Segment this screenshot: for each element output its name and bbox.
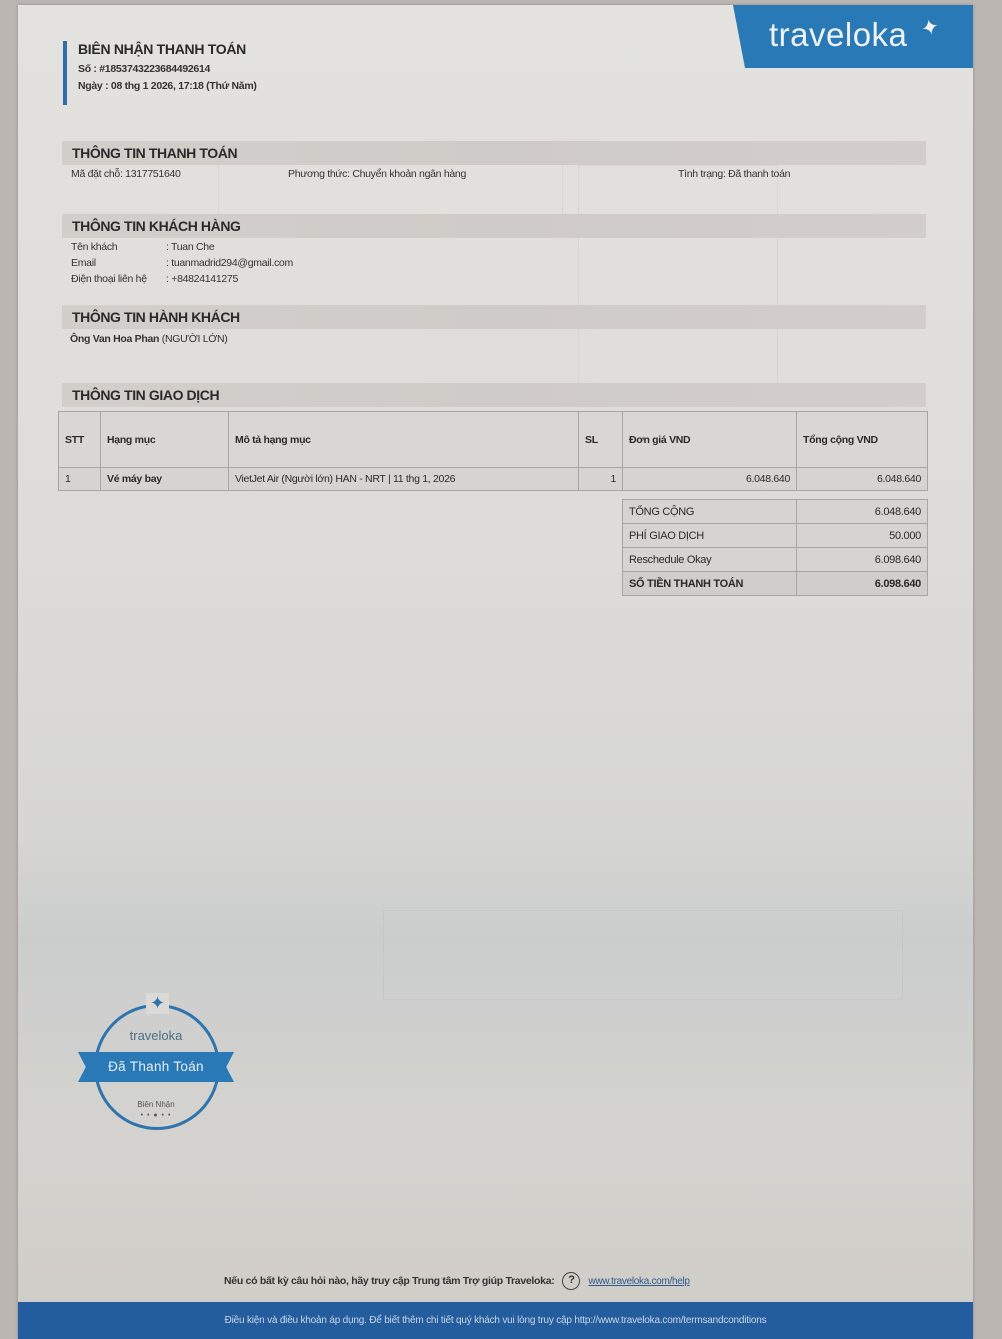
- cell-category: Vé máy bay: [101, 468, 229, 491]
- bird-icon: ✦: [146, 993, 169, 1014]
- total-row: TỔNG CỘNG 6.048.640: [623, 500, 928, 524]
- stamp-label: Đã Thanh Toán: [78, 1059, 234, 1074]
- col-qty: SL: [579, 412, 623, 468]
- table-row: 1 Vé máy bay VietJet Air (Người lớn) HAN…: [59, 468, 928, 491]
- payment-status: Tình trạng: Đã thanh toán: [678, 168, 790, 180]
- stamp-brand: traveloka: [76, 1028, 236, 1043]
- section-passenger-info: THÔNG TIN HÀNH KHÁCH: [62, 305, 926, 329]
- customer-email-label: Email: [71, 257, 96, 269]
- cell-description: VietJet Air (Người lớn) HAN - NRT | 11 t…: [229, 468, 579, 491]
- show-through: [578, 165, 778, 385]
- traveloka-logo: traveloka ✦: [733, 5, 973, 68]
- passenger: Ông Van Hoa Phan (NGƯỜI LỚN): [70, 333, 227, 345]
- cell-qty: 1: [579, 468, 623, 491]
- customer-phone-value: : +84824141275: [166, 273, 238, 285]
- stamp-stars: • • ● • •: [76, 1112, 236, 1119]
- footer-bar: Điều kiện và điều khoản áp dụng. Để biết…: [18, 1302, 973, 1339]
- amount-paid-value: 6.098.640: [797, 572, 928, 596]
- cell-stt: 1: [59, 468, 101, 491]
- stamp-ribbon: Đã Thanh Toán: [78, 1052, 234, 1082]
- receipt-page: BIÊN NHẬN THANH TOÁN Số : #1853743223684…: [18, 5, 973, 1339]
- col-category: Hạng mục: [101, 412, 229, 468]
- section-title: THÔNG TIN HÀNH KHÁCH: [72, 309, 240, 325]
- transaction-table: STT Hạng mục Mô tả hạng mục SL Đơn giá V…: [58, 411, 928, 491]
- section-title: THÔNG TIN GIAO DỊCH: [72, 387, 219, 403]
- terms-text[interactable]: Điều kiện và điều khoản áp dụng. Để biết…: [225, 1315, 767, 1326]
- logo-text: traveloka: [769, 16, 907, 54]
- reschedule-label: Reschedule Okay: [623, 548, 797, 572]
- fee-row: PHÍ GIAO DỊCH 50.000: [623, 524, 928, 548]
- totals-table: TỔNG CỘNG 6.048.640 PHÍ GIAO DỊCH 50.000…: [622, 499, 928, 596]
- help-line: Nếu có bất kỳ câu hỏi nào, hãy truy cập …: [224, 1272, 690, 1290]
- customer-name-value: : Tuan Che: [166, 241, 214, 253]
- help-text: Nếu có bất kỳ câu hỏi nào, hãy truy cập …: [224, 1275, 554, 1287]
- bird-icon: ✦: [918, 13, 943, 43]
- col-stt: STT: [59, 412, 101, 468]
- passenger-name: Ông Van Hoa Phan: [70, 333, 159, 345]
- section-customer-info: THÔNG TIN KHÁCH HÀNG: [62, 214, 926, 238]
- amount-paid-label: SỐ TIỀN THANH TOÁN: [623, 572, 797, 596]
- header-accent-bar: [63, 41, 67, 105]
- total-label: TỔNG CỘNG: [623, 500, 797, 524]
- section-title: THÔNG TIN KHÁCH HÀNG: [72, 218, 241, 234]
- receipt-date: Ngày : 08 thg 1 2026, 17:18 (Thứ Năm): [78, 79, 268, 94]
- receipt-title: BIÊN NHẬN THANH TOÁN: [78, 41, 246, 57]
- help-link[interactable]: www.traveloka.com/help: [588, 1276, 689, 1287]
- question-circle-icon: ?: [562, 1272, 580, 1290]
- payment-method: Phương thức: Chuyển khoản ngân hàng: [288, 168, 466, 180]
- cell-total: 6.048.640: [797, 468, 928, 491]
- col-description: Mô tả hạng mục: [229, 412, 579, 468]
- passenger-type: (NGƯỜI LỚN): [162, 333, 228, 345]
- show-through: [383, 910, 903, 1000]
- receipt-number: Số : #1853743223684492614: [78, 63, 210, 75]
- cell-unit-price: 6.048.640: [623, 468, 797, 491]
- col-total: Tổng cộng VND: [797, 412, 928, 468]
- section-title: THÔNG TIN THANH TOÁN: [72, 145, 237, 161]
- fee-value: 50.000: [797, 524, 928, 548]
- col-unit-price: Đơn giá VND: [623, 412, 797, 468]
- table-header-row: STT Hạng mục Mô tả hạng mục SL Đơn giá V…: [59, 412, 928, 468]
- section-payment-info: THÔNG TIN THANH TOÁN: [62, 141, 926, 165]
- reschedule-row: Reschedule Okay 6.098.640: [623, 548, 928, 572]
- customer-name-label: Tên khách: [71, 241, 117, 253]
- reschedule-value: 6.098.640: [797, 548, 928, 572]
- booking-code: Mã đặt chỗ: 1317751640: [71, 168, 181, 180]
- stamp-sub: Biên Nhận: [76, 1100, 236, 1109]
- amount-paid-row: SỐ TIỀN THANH TOÁN 6.098.640: [623, 572, 928, 596]
- total-value: 6.048.640: [797, 500, 928, 524]
- customer-email-value: : tuanmadrid294@gmail.com: [166, 257, 293, 269]
- fee-label: PHÍ GIAO DỊCH: [623, 524, 797, 548]
- paid-stamp: ✦ traveloka Đã Thanh Toán Biên Nhận • • …: [76, 990, 236, 1150]
- section-transaction-info: THÔNG TIN GIAO DỊCH: [62, 383, 926, 407]
- customer-phone-label: Điện thoại liên hệ: [71, 273, 147, 285]
